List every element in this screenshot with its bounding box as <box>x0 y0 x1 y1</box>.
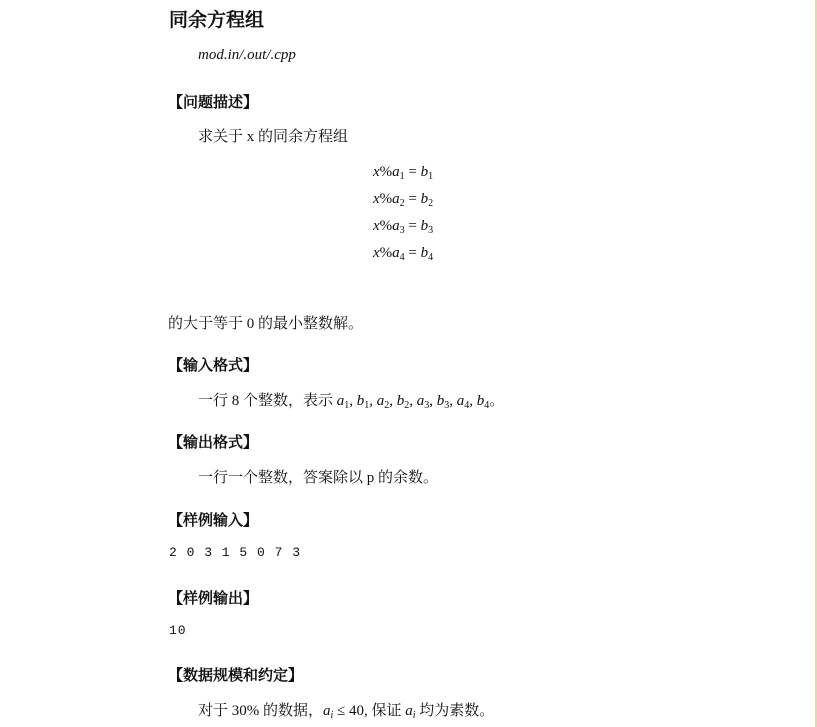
description-intro: 求关于 x 的同余方程组 <box>198 125 348 146</box>
description-outro: 的大于等于 0 的最小整数解。 <box>168 312 363 333</box>
equation-2: x%a2 = b2 <box>373 191 433 209</box>
equation-3: x%a3 = b3 <box>373 218 433 236</box>
input-format-text: 一行 8 个整数，表示 a1, b1, a2, b2, a3, b3, a4, … <box>198 389 504 411</box>
sample-input-text: 2 0 3 1 5 0 7 3 <box>169 545 301 560</box>
section-heading-sample-output: 【样例输出】 <box>168 587 258 608</box>
page-title: 同余方程组 <box>169 5 264 32</box>
section-heading-description: 【问题描述】 <box>168 91 258 112</box>
section-heading-input-format: 【输入格式】 <box>168 354 258 375</box>
section-heading-sample-input: 【样例输入】 <box>168 509 258 530</box>
section-heading-output-format: 【输出格式】 <box>168 431 258 452</box>
constraints-text: 对于 30% 的数据，ai ≤ 40, 保证 ai 均为素数。 <box>198 699 494 721</box>
equation-4: x%a4 = b4 <box>373 245 433 263</box>
sample-output-text: 10 <box>169 623 187 638</box>
equation-1: x%a1 = b1 <box>373 164 433 182</box>
file-names: mod.in/.out/.cpp <box>198 47 296 64</box>
output-format-text: 一行一个整数，答案除以 p 的余数。 <box>198 466 438 487</box>
section-heading-constraints: 【数据规模和约定】 <box>168 664 303 685</box>
